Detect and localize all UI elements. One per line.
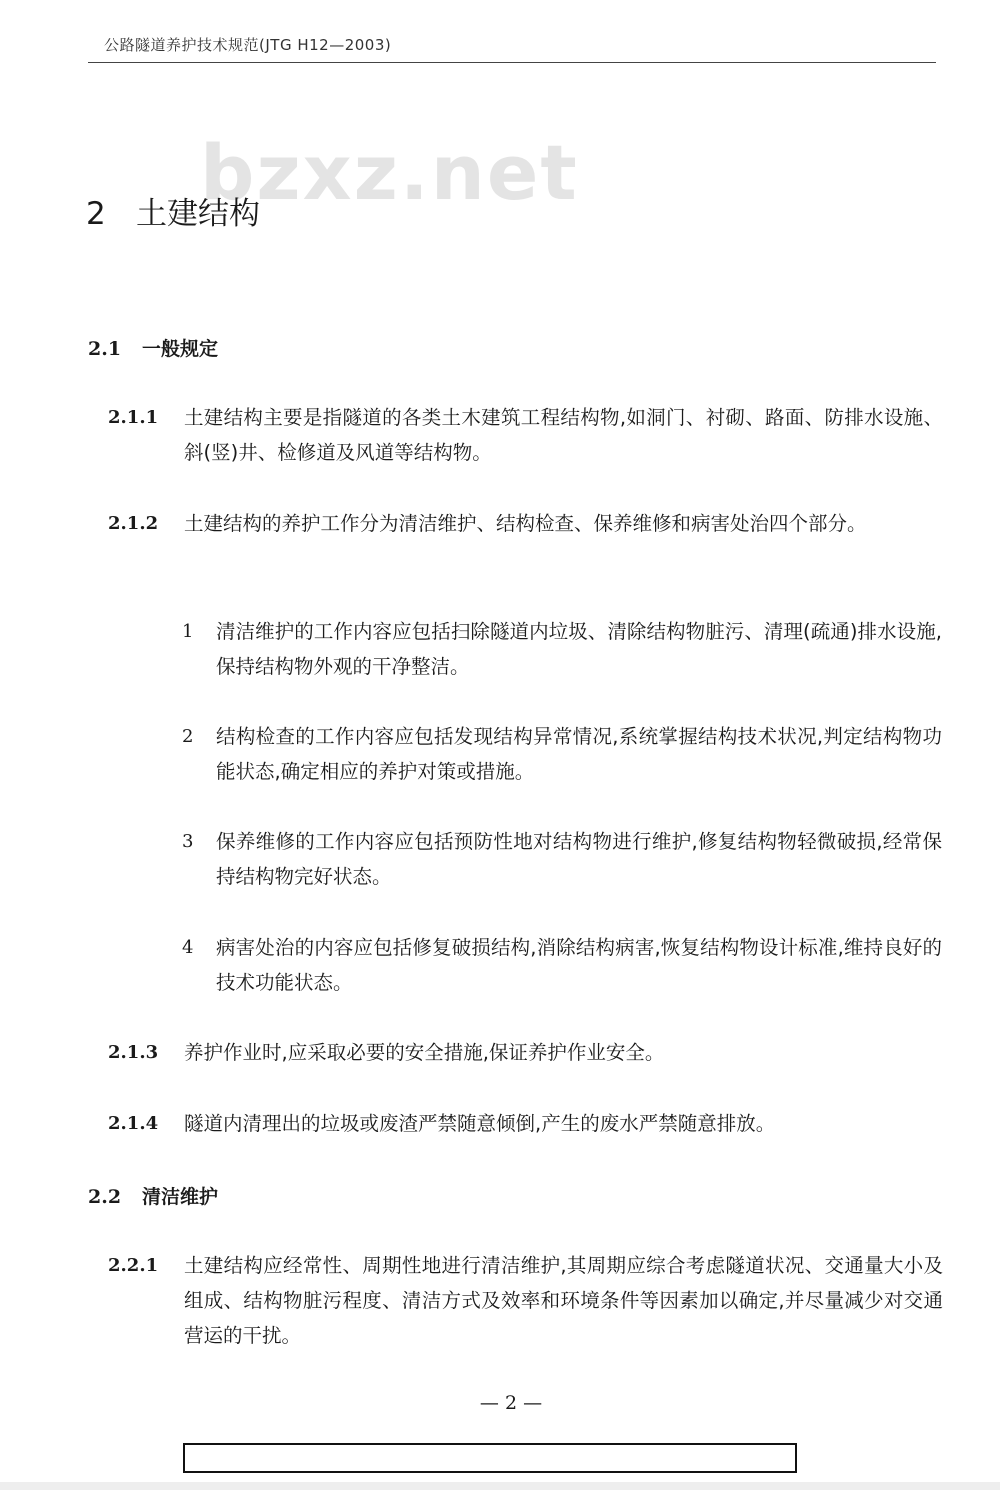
- list-item: 1 清洁维护的工作内容应包括扫除隧道内垃圾、清除结构物脏污、清理(疏通)排水设施…: [182, 614, 942, 684]
- section-heading: 2.1一般规定: [88, 334, 218, 361]
- page-number: — 2 —: [0, 1392, 1000, 1414]
- list-item: 2 结构检查的工作内容应包括发现结构异常情况,系统掌握结构技术状况,判定结构物功…: [182, 719, 942, 789]
- list-item: 4 病害处治的内容应包括修复破损结构,消除结构病害,恢复结构物设计标准,维持良好…: [182, 930, 942, 1000]
- page-edge: [0, 1482, 1000, 1490]
- clause-text: 隧道内清理出的垃圾或废渣严禁随意倾倒,产生的废水严禁随意排放。: [184, 1106, 943, 1141]
- chapter-number: 2: [86, 196, 136, 232]
- clause-number: 2.1.3: [108, 1035, 158, 1070]
- clause-text: 土建结构的养护工作分为清洁维护、结构检查、保养维修和病害处治四个部分。: [184, 506, 943, 541]
- clause-number: 2.1.2: [108, 506, 158, 541]
- chapter-title: 2土建结构: [86, 188, 260, 233]
- item-number: 1: [182, 614, 193, 649]
- item-text: 清洁维护的工作内容应包括扫除隧道内垃圾、清除结构物脏污、清理(疏通)排水设施,保…: [216, 614, 942, 684]
- item-number: 3: [182, 824, 193, 859]
- clause: 2.1.3 养护作业时,应采取必要的安全措施,保证养护作业安全。: [108, 1035, 943, 1070]
- clause-text: 土建结构主要是指隧道的各类土木建筑工程结构物,如洞门、衬砌、路面、防排水设施、斜…: [184, 400, 943, 470]
- clause-number: 2.2.1: [108, 1248, 158, 1283]
- item-text: 病害处治的内容应包括修复破损结构,消除结构病害,恢复结构物设计标准,维持良好的技…: [216, 930, 942, 1000]
- header-divider: [88, 62, 936, 63]
- clause-text: 土建结构应经常性、周期性地进行清洁维护,其周期应综合考虑隧道状况、交通量大小及组…: [184, 1248, 943, 1353]
- item-number: 4: [182, 930, 193, 965]
- item-number: 2: [182, 719, 193, 754]
- chapter-name: 土建结构: [136, 196, 260, 232]
- clause: 2.1.1 土建结构主要是指隧道的各类土木建筑工程结构物,如洞门、衬砌、路面、防…: [108, 400, 943, 470]
- clause-number: 2.1.4: [108, 1106, 158, 1141]
- section-heading: 2.2清洁维护: [88, 1182, 218, 1209]
- item-text: 保养维修的工作内容应包括预防性地对结构物进行维护,修复结构物轻微破损,经常保持结…: [216, 824, 942, 894]
- list-item: 3 保养维修的工作内容应包括预防性地对结构物进行维护,修复结构物轻微破损,经常保…: [182, 824, 942, 894]
- clause: 2.1.4 隧道内清理出的垃圾或废渣严禁随意倾倒,产生的废水严禁随意排放。: [108, 1106, 943, 1141]
- clause-number: 2.1.1: [108, 400, 158, 435]
- clause: 2.2.1 土建结构应经常性、周期性地进行清洁维护,其周期应综合考虑隧道状况、交…: [108, 1248, 943, 1353]
- running-header: 公路隧道养护技术规范(JTG H12—2003): [104, 34, 391, 55]
- item-text: 结构检查的工作内容应包括发现结构异常情况,系统掌握结构技术状况,判定结构物功能状…: [216, 719, 942, 789]
- footer-box: [183, 1443, 797, 1473]
- clause: 2.1.2 土建结构的养护工作分为清洁维护、结构检查、保养维修和病害处治四个部分…: [108, 506, 943, 541]
- clause-text: 养护作业时,应采取必要的安全措施,保证养护作业安全。: [184, 1035, 943, 1070]
